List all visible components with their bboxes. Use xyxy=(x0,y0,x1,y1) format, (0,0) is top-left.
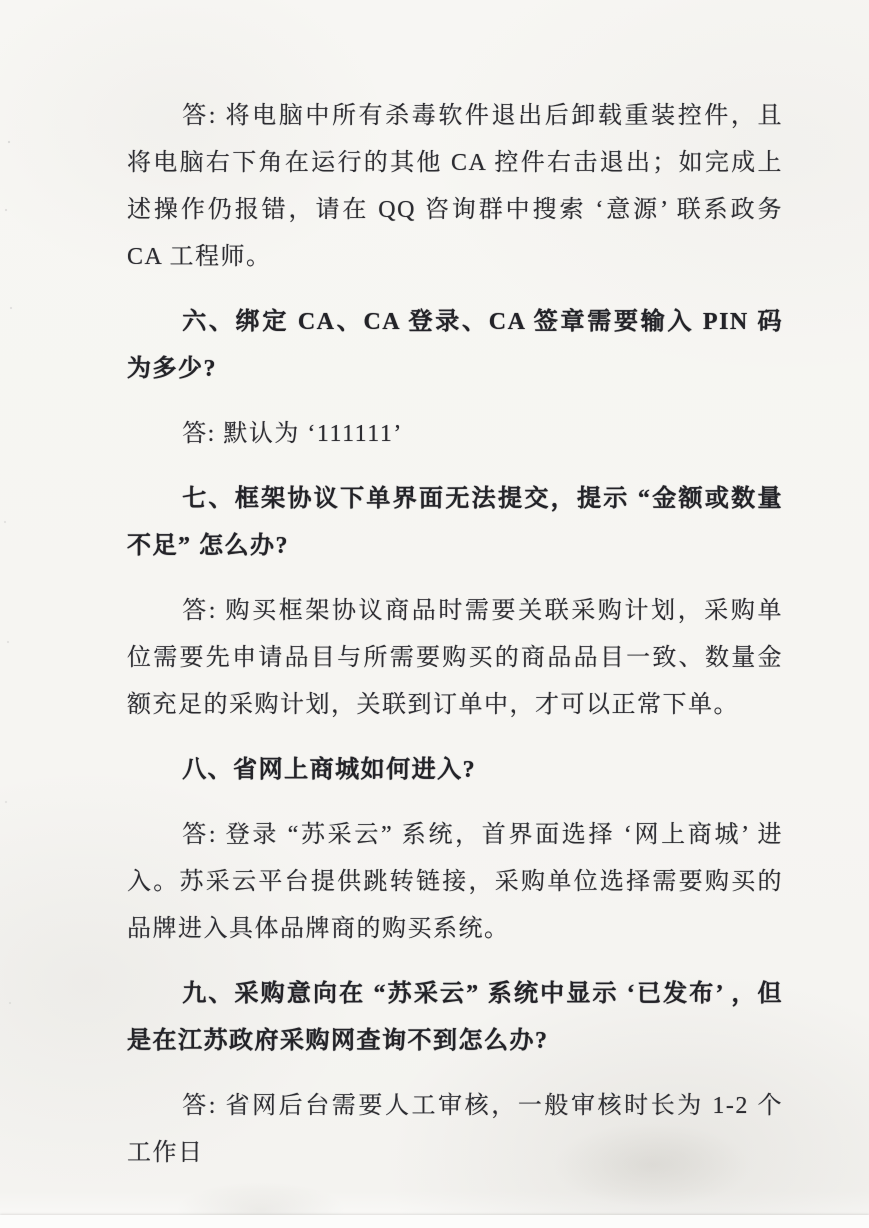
answer-paragraph-q5: 答: 将电脑中所有杀毒软件退出后卸载重装控件，且将电脑右下角在运行的其他 CA … xyxy=(127,93,783,281)
question-paragraph-7: 七、框架协议下单界面无法提交，提示 “金额或数量不足” 怎么办? xyxy=(127,476,783,570)
question-paragraph-6: 六、绑定 CA、CA 登录、CA 签章需要输入 PIN 码为多少? xyxy=(127,299,783,393)
answer-paragraph-7: 答: 购买框架协议商品时需要关联采购计划，采购单位需要先申请品目与所需要购买的商… xyxy=(127,588,783,729)
answer-paragraph-9: 答: 省网后台需要人工审核，一般审核时长为 1-2 个工作日 xyxy=(127,1083,783,1177)
scan-bottom-edge xyxy=(0,1215,869,1228)
answer-paragraph-8: 答: 登录 “苏采云” 系统，首界面选择 ‘网上商城’ 进入。苏采云平台提供跳转… xyxy=(127,812,783,953)
question-paragraph-8: 八、省网上商城如何进入? xyxy=(127,747,783,794)
faq-text-block: 答: 将电脑中所有杀毒软件退出后卸载重装控件，且将电脑右下角在运行的其他 CA … xyxy=(127,93,783,1195)
question-paragraph-9: 九、采购意向在 “苏采云” 系统中显示 ‘已发布’ ，但是在江苏政府采购网查询不… xyxy=(127,971,783,1065)
document-page: 答: 将电脑中所有杀毒软件退出后卸载重装控件，且将电脑右下角在运行的其他 CA … xyxy=(0,0,869,1228)
answer-paragraph-6: 答: 默认为 ‘111111’ xyxy=(127,411,783,458)
